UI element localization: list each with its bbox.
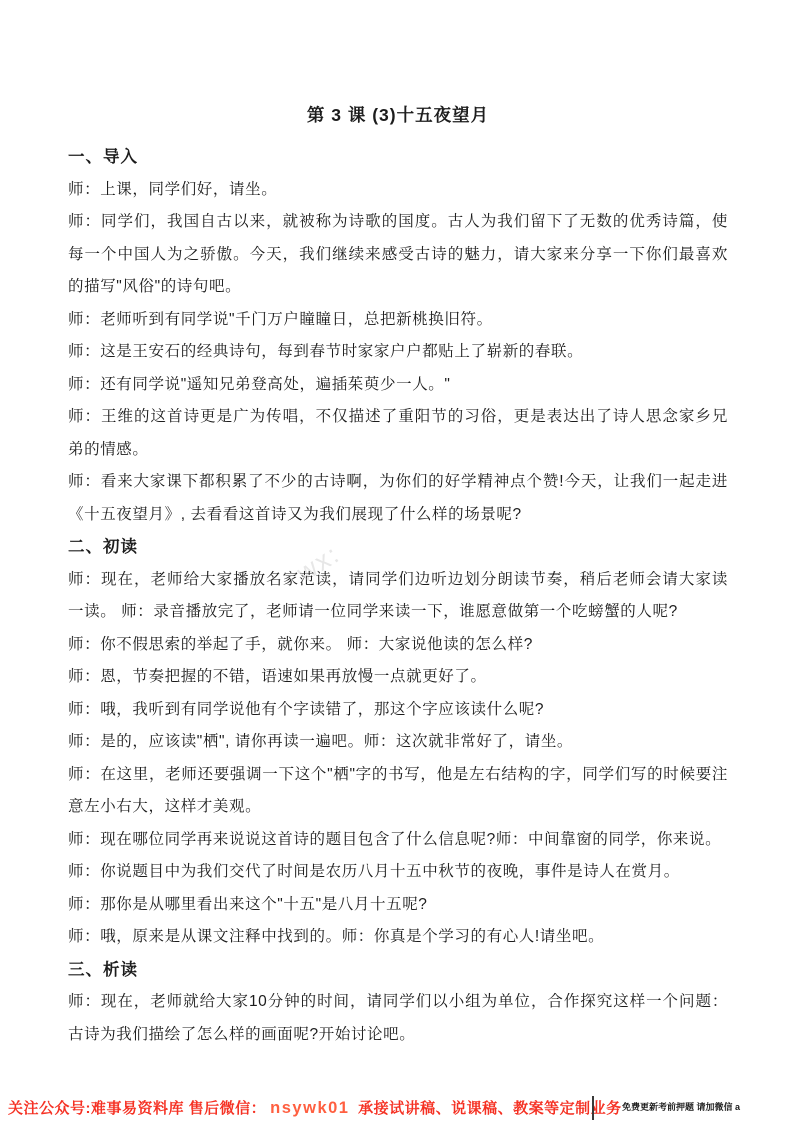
paragraph: 师：这是王安石的经典诗句，每到春节时家家户户都贴上了崭新的春联。 [68,336,728,369]
paragraph: 师：老师听到有同学说"千门万户瞳瞳日，总把新桃换旧符。 [68,304,728,337]
paragraph: 师：王维的这首诗更是广为传唱，不仅描述了重阳节的习俗，更是表达出了诗人思念家乡兄… [68,401,728,466]
document-page: 第 3 课 (3)十五夜望月 一、导入 师：上课，同学们好，请坐。 师：同学们，… [68,102,728,1051]
paragraph: 师：恩，节奏把握的不错，语速如果再放慢一点就更好了。 [68,661,728,694]
paragraph: 师：你说题目中为我们交代了时间是农历八月十五中秋节的夜晚，事件是诗人在赏月。 [68,856,728,889]
paragraph: 师：还有同学说"遥知兄弟登高处，遍插茱萸少一人。" [68,369,728,402]
footer-note: 免费更新考前押题 请加微信 a [622,1100,740,1113]
section-first-reading: 二、初读 师：现在，老师给大家播放名家范读，请同学们边听边划分朗读节奏，稍后老师… [68,531,728,954]
paragraph: 师：现在，老师就给大家10分钟的时间，请同学们以小组为单位，合作探究这样一个问题… [68,986,728,1051]
paragraph: 师：同学们，我国自古以来，就被称为诗歌的国度。古人为我们留下了无数的优秀诗篇，使… [68,206,728,304]
footer-promo-text: 关注公众号:难事易资料库 售后微信：nsywk01 承接试讲稿、说课稿、教案等定… [8,1097,622,1118]
paragraph: 师：在这里，老师还要强调一下这个"栖"字的书写，他是左右结构的字，同学们写的时候… [68,759,728,824]
paragraph: 师：现在哪位同学再来说说这首诗的题目包含了什么信息呢?师：中间靠窗的同学，你来说… [68,824,728,857]
paragraph: 师：上课，同学们好，请坐。 [68,174,728,207]
paragraph: 师：是的，应该读"栖", 请你再读一遍吧。师：这次就非常好了，请坐。 [68,726,728,759]
footer-promo-prefix: 关注公众号:难事易资料库 售后微信： [8,1100,266,1117]
paragraph: 师：哦，我听到有同学说他有个字读错了，那这个字应该读什么呢? [68,694,728,727]
page-title: 第 3 课 (3)十五夜望月 [68,102,728,128]
paragraph: 师：那你是从哪里看出来这个"十五"是八月十五呢? [68,889,728,922]
section-intro: 一、导入 师：上课，同学们好，请坐。 师：同学们，我国自古以来，就被称为诗歌的国… [68,141,728,531]
paragraph: 师：你不假思索的举起了手，就你来。 师：大家说他读的怎么样? [68,629,728,662]
section-heading-intro: 一、导入 [68,141,728,174]
section-heading-analysis: 三、析读 [68,954,728,987]
section-heading-first-reading: 二、初读 [68,531,728,564]
paragraph: 师：哦，原来是从课文注释中找到的。师：你真是个学习的有心人!请坐吧。 [68,921,728,954]
footer-promo-suffix: 承接试讲稿、说课稿、教案等定制业务 [353,1100,621,1117]
paragraph: 师：看来大家课下都积累了不少的古诗啊，为你们的好学精神点个赞!今天，让我们一起走… [68,466,728,531]
footer-wechat-id: nsywk01 [266,1099,353,1117]
footer-divider [592,1096,594,1120]
section-analysis-reading: 三、析读 师：现在，老师就给大家10分钟的时间，请同学们以小组为单位，合作探究这… [68,954,728,1052]
paragraph: 师：现在，老师给大家播放名家范读，请同学们边听边划分朗读节奏，稍后老师会请大家读… [68,564,728,629]
footer: 关注公众号:难事易资料库 售后微信：nsywk01 承接试讲稿、说课稿、教案等定… [0,1094,794,1122]
